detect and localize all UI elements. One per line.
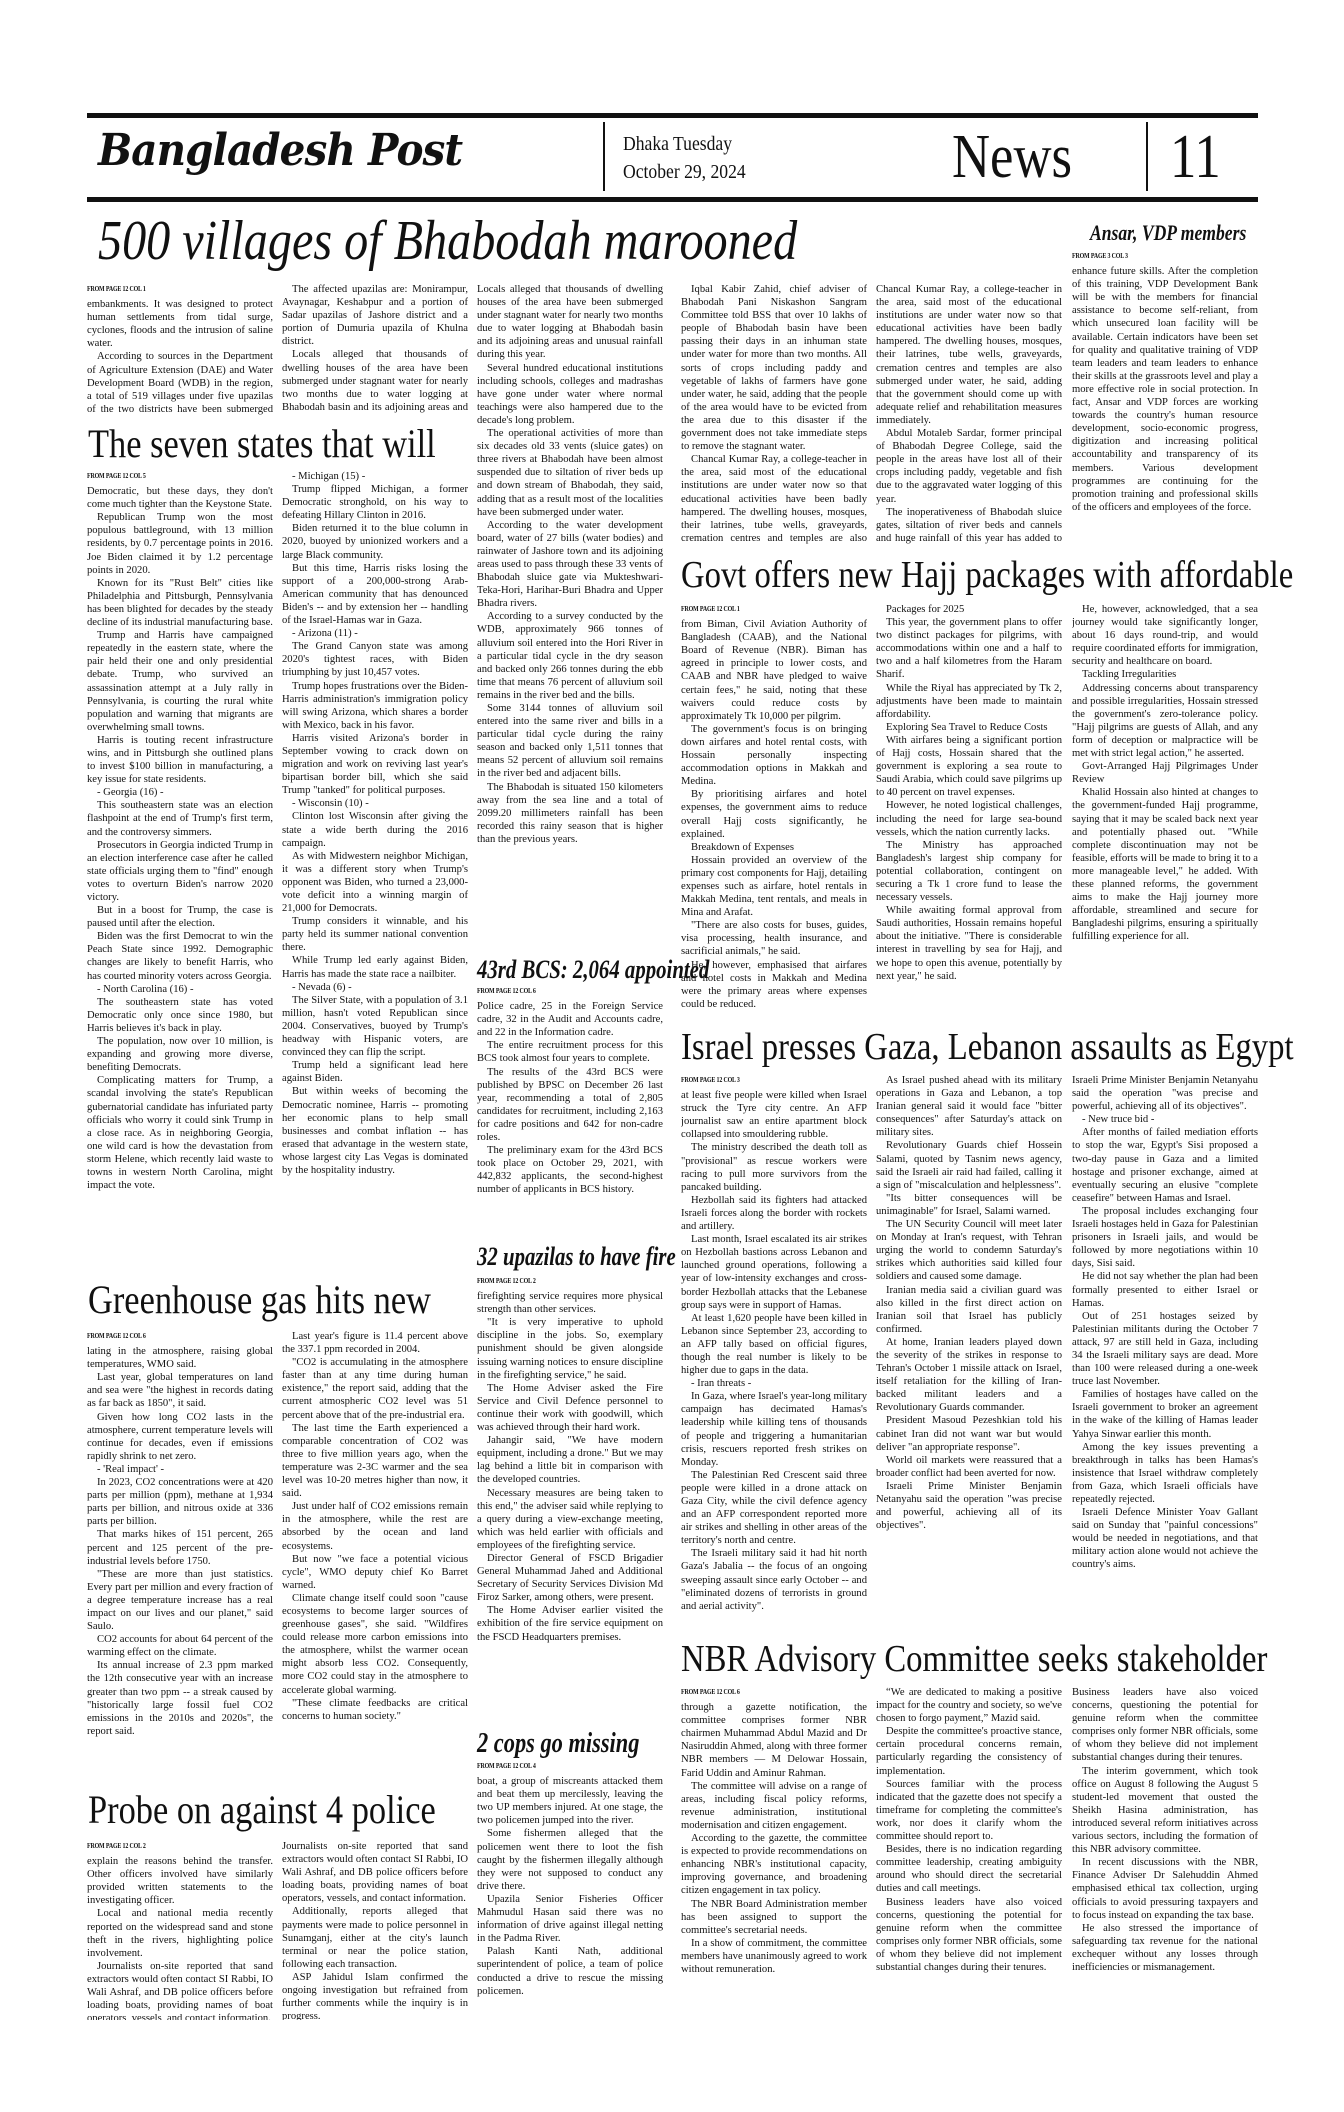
article-greenhouse-col1: FROM PAGE 12 COL 6 lating in the atmosph… — [87, 1330, 273, 1778]
article-israel-col1: FROM PAGE 12 COL 3 at least five people … — [681, 1074, 867, 1634]
masthead-dateline: Dhaka Tuesday October 29, 2024 — [623, 130, 746, 186]
masthead-divider — [603, 122, 605, 191]
issue-date: October 29, 2024 — [623, 158, 746, 186]
masthead-bottom-rule — [87, 197, 1258, 202]
jump-line: FROM PAGE 12 COL 6 — [87, 1330, 245, 1343]
jump-line: FROM PAGE 12 COL 1 — [681, 603, 839, 616]
article-bhabodah-col4: Iqbal Kabir Zahid, chief adviser of Bhab… — [681, 283, 867, 545]
headline-israel[interactable]: Israel presses Gaza, Lebanon assaults as… — [681, 1028, 1294, 1066]
jump-line: FROM PAGE 12 COL 6 — [477, 985, 635, 998]
article-hajj-col1: FROM PAGE 12 COL 1 from Biman, Civil Avi… — [681, 603, 867, 1021]
headline-probe[interactable]: Probe on against 4 police — [88, 1790, 436, 1830]
article-probe-col2: Journalists on-site reported that sand e… — [282, 1840, 468, 2020]
headline-bcs[interactable]: 43rd BCS: 2,064 appointed — [477, 957, 709, 983]
article-ansar-col: FROM PAGE 3 COL 3 enhance future skills.… — [1072, 250, 1258, 545]
page-number-divider — [1146, 122, 1148, 191]
jump-line: FROM PAGE 12 COL 1 — [87, 283, 245, 296]
jump-line: FROM PAGE 12 COL 4 — [477, 1760, 635, 1773]
section-title: News — [952, 122, 1072, 192]
article-bcs-col: FROM PAGE 12 COL 6 Police cadre, 25 in t… — [477, 985, 663, 1235]
article-hajj-col2: Packages for 2025 This year, the governm… — [876, 603, 1062, 1021]
jump-line: FROM PAGE 12 COL 3 — [681, 1074, 839, 1087]
article-probe-col1: FROM PAGE 12 COL 2 explain the reasons b… — [87, 1840, 273, 2020]
article-israel-col3: Israeli Prime Minister Benjamin Netanyah… — [1072, 1074, 1258, 1634]
masthead-top-rule — [87, 113, 1258, 118]
newspaper-logo[interactable]: Bangladesh Post — [98, 125, 462, 176]
article-seven-states-col2: - Michigan (15) - Trump flipped Michigan… — [282, 470, 468, 1270]
article-bhabodah-col1: FROM PAGE 12 COL 1 embankments. It was d… — [87, 283, 273, 415]
article-nbr-col1: FROM PAGE 12 COL 6 through a gazette not… — [681, 1686, 867, 2046]
page-number: 11 — [1170, 122, 1221, 192]
jump-line: FROM PAGE 12 COL 2 — [477, 1275, 635, 1288]
headline-greenhouse[interactable]: Greenhouse gas hits new — [88, 1280, 431, 1320]
headline-hajj[interactable]: Govt offers new Hajj packages with affor… — [681, 556, 1293, 594]
headline-seven-states[interactable]: The seven states that will — [88, 424, 436, 464]
city-day: Dhaka Tuesday — [623, 130, 746, 158]
jump-line: FROM PAGE 12 COL 5 — [87, 470, 245, 483]
headline-ansar[interactable]: Ansar, VDP members — [1090, 222, 1246, 244]
article-bhabodah-col3: Locals alleged that thousands of dwellin… — [477, 283, 663, 858]
article-fire-col: FROM PAGE 12 COL 2 firefighting service … — [477, 1275, 663, 1715]
headline-bhabodah[interactable]: 500 villages of Bhabodah marooned — [98, 213, 797, 269]
headline-nbr[interactable]: NBR Advisory Committee seeks stakeholder — [681, 1640, 1267, 1678]
jump-line: FROM PAGE 3 COL 3 — [1072, 250, 1230, 263]
article-bhabodah-col5: Chancal Kumar Ray, a college-teacher in … — [876, 283, 1062, 545]
article-israel-col2: As Israel pushed ahead with its military… — [876, 1074, 1062, 1634]
article-seven-states-col1: FROM PAGE 12 COL 5 Democratic, but these… — [87, 470, 273, 1270]
article-nbr-col3: Business leaders have also voiced concer… — [1072, 1686, 1258, 2046]
headline-fire[interactable]: 32 upazilas to have fire — [477, 1244, 676, 1270]
jump-line: FROM PAGE 12 COL 2 — [87, 1840, 245, 1853]
article-cops-col: FROM PAGE 12 COL 4 boat, a group of misc… — [477, 1760, 663, 2020]
article-bhabodah-col2: The affected upazilas are: Monirampur, A… — [282, 283, 468, 415]
headline-cops[interactable]: 2 cops go missing — [477, 1730, 639, 1758]
article-greenhouse-col2: Last year's figure is 11.4 percent above… — [282, 1330, 468, 1778]
jump-line: FROM PAGE 12 COL 6 — [681, 1686, 839, 1699]
article-hajj-col3: He, however, acknowledged, that a sea jo… — [1072, 603, 1258, 1021]
article-nbr-col2: “We are dedicated to making a positive i… — [876, 1686, 1062, 2046]
